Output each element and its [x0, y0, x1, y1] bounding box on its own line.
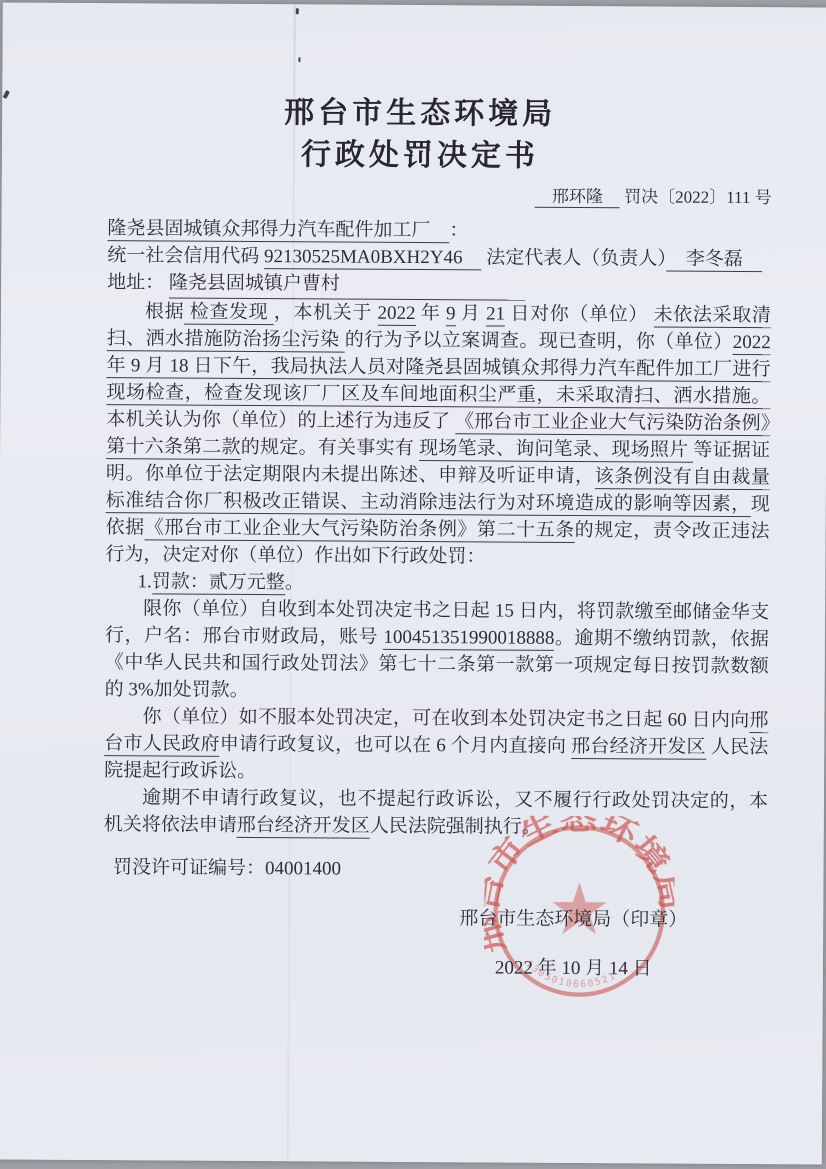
- text-segment: 9: [446, 303, 456, 326]
- text-segment: 100451351990018888: [383, 627, 554, 651]
- text-segment: 日对你（单位）: [505, 304, 654, 326]
- scan-artifact: [298, 57, 300, 62]
- text-segment: 现场笔录、询问笔录、现场照片: [419, 438, 694, 463]
- text-segment: 。: [285, 572, 304, 593]
- text-segment: 邢台经济开发区: [237, 815, 370, 839]
- penalty-item: 1.罚款：贰万元整。: [105, 568, 769, 599]
- text-segment: 法定代表人（负责人）: [481, 247, 666, 269]
- text-segment: 统一社会信用代码: [107, 245, 264, 267]
- text-segment: 地址：: [107, 272, 169, 293]
- text-segment: 根据: [145, 301, 184, 322]
- credit-code-line: 统一社会信用代码 92130525MA0BXH2Y46 法定代表人（负责人） 李…: [107, 242, 771, 273]
- text-segment: 的规定。有关事实有: [241, 437, 419, 459]
- scan-artifact: [3, 90, 10, 99]
- text-segment: 隆尧县固城镇户曹村: [169, 270, 525, 301]
- decision-date: 2022 年 10 月 14 日: [103, 952, 767, 983]
- text-segment: 罚决〔2022〕111 号: [620, 187, 772, 207]
- text-segment: 申请行政复议，也可以在 6 个月内直接向: [220, 734, 572, 757]
- text-segment: 92130525MA0BXH2Y46: [264, 246, 482, 270]
- text-segment: 的行为予以立案调查。现已查明，你（单位）: [345, 330, 733, 353]
- text-segment: 2022: [377, 303, 415, 326]
- address-line: 地址： 隆尧县固城镇户曹村: [107, 269, 771, 302]
- text-segment: 检查发现: [184, 302, 274, 326]
- text-segment: 《邢台市工业企业大气污染防治条例》第二十五条: [145, 517, 575, 543]
- text-segment: 邢环隆: [535, 187, 620, 209]
- text-segment: 21: [486, 303, 505, 326]
- text-segment: 年: [415, 303, 446, 324]
- document-title-line1: 邢台市生态环境局: [88, 91, 752, 137]
- finding-paragraph: 根据 检查发现 ，本机关于 2022 年 9 月 21 日对你（单位） 未依法采…: [105, 298, 771, 572]
- text-segment: 1.: [138, 571, 152, 592]
- text-segment: 邢台经济开发区: [571, 736, 706, 760]
- text-segment: 你（单位）如不服本处罚决定，可在收到本处罚决定书之日起 60 日内向: [142, 706, 749, 731]
- text-segment: 罚款：贰万元整: [152, 571, 285, 595]
- text-segment: 隆尧县固城镇众邦得力汽车配件加工厂: [107, 218, 449, 243]
- text-segment: ，本机关于: [274, 302, 378, 324]
- payment-paragraph: 限你（单位）自收到本处罚决定书之日起 15 日内，将罚款缴至邮储金华支行，户名：…: [105, 595, 770, 707]
- document-number: 邢环隆 罚决〔2022〕111 号: [108, 181, 772, 211]
- document-title-line2: 行政处罚决定书: [88, 133, 752, 179]
- text-segment: 李冬磊: [667, 249, 762, 273]
- issuer-name: 邢台市生态环境局（印章）: [103, 903, 767, 934]
- text-segment: 本机关认为你（单位）的上述行为违反了: [106, 409, 455, 432]
- recipient-line: 隆尧县固城镇众邦得力汽车配件加工厂 ：: [107, 215, 771, 246]
- scan-artifact: [296, 8, 299, 14]
- text-segment: 月: [455, 303, 486, 324]
- text-segment: ：: [449, 220, 468, 241]
- appeal-paragraph: 你（单位）如不服本处罚决定，可在收到本处罚决定书之日起 60 日内向邢台市人民政…: [104, 703, 768, 788]
- document-paper: 邢台市生态环境局 行政处罚决定书 邢环隆 罚决〔2022〕111 号 隆尧县固城…: [0, 2, 826, 1164]
